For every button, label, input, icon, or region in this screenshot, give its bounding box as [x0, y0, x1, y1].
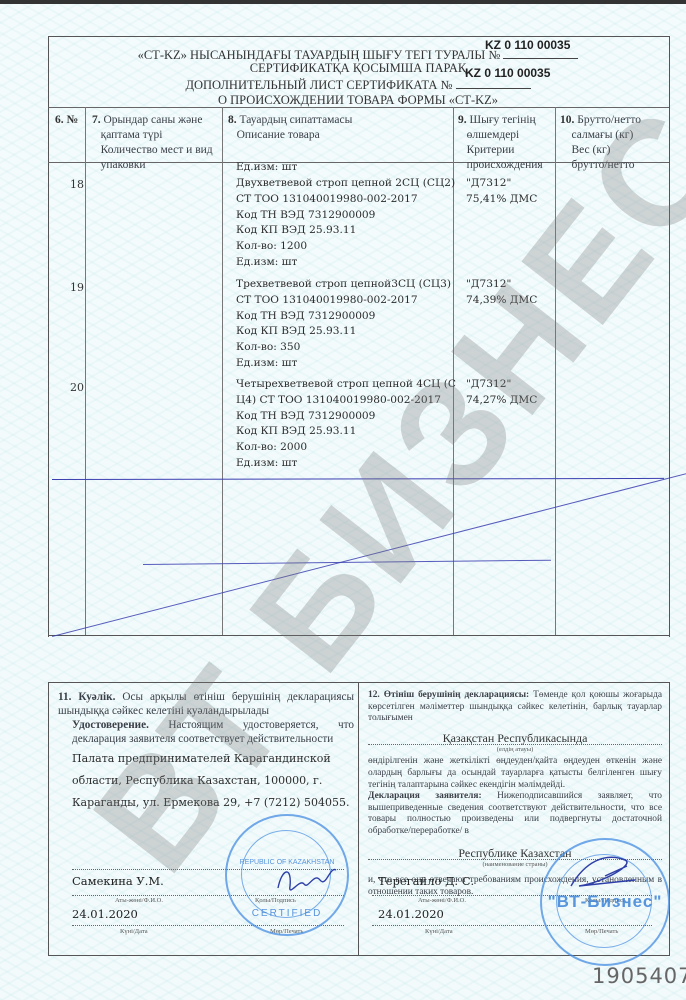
col-header-10: 10. Брутто/нетто салмағы (кг) Вес (кг) б… [560, 113, 641, 173]
col-divider-7-8 [222, 107, 223, 635]
title-kz-line2: СЕРТИФИКАТҚА ҚОСЫМША ПАРАҚ [48, 60, 668, 76]
country-kz-caption: (елдің атауы) [368, 745, 662, 754]
certifier-date: 24.01.2020 [72, 907, 138, 921]
row-criterion: "Д7312" 74,27% ДМС [466, 377, 537, 409]
applicant-name: Терегайло Д. С. [378, 874, 474, 888]
applicant-date: 24.01.2020 [378, 907, 444, 921]
certification-text: 11. Куәлік. Осы арқылы өтініш берушінің … [58, 690, 354, 746]
company-stamp-name: "ВТ-Бизнес" [542, 892, 668, 912]
header-top-rule [48, 107, 669, 108]
signature-right [565, 852, 645, 892]
label-date: Күні/Дата [425, 928, 453, 935]
certificate-number-kz: KZ 0 110 00035 [485, 38, 570, 52]
prev-row-unit: Ед.изм: шт [236, 160, 461, 176]
row-number: 20 [58, 381, 84, 394]
col-header-6: 6. № [55, 113, 78, 128]
row-description: Трехветвевой строп цепной3СЦ (СЦ3) СТ ТО… [236, 277, 461, 372]
signature-left [270, 858, 340, 906]
chamber-address: Палата предпринимателей Карагандинской о… [72, 748, 362, 814]
stamp-bottom-text: CERTIFIED [227, 908, 347, 919]
row-criterion: "Д7312" 74,39% ДМС [466, 277, 537, 309]
title-ru-line1: ДОПОЛНИТЕЛЬНЫЙ ЛИСТ СЕРТИФИКАТА № [48, 76, 668, 93]
row-description: Двухветвевой строп цепной 2СЦ (СЦ2) СТ Т… [236, 176, 461, 271]
row-number: 18 [58, 178, 84, 191]
label-date: Күні/Дата [120, 928, 148, 935]
label-name: Аты-жөні/Ф.И.О. [418, 897, 466, 904]
table-bottom-rule [48, 635, 669, 636]
scan-edge [0, 0, 686, 4]
col-divider-9-10 [555, 107, 556, 635]
col-header-8: 8. Тауардың сипаттамасы Описание товара [228, 113, 352, 143]
certificate-title: «СТ-KZ» НЫСАНЫНДАҒЫ ТАУАРДЫҢ ШЫҒУ ТЕГІ Т… [48, 36, 668, 110]
country-kz: Қазақстан Республикасында [368, 733, 662, 746]
col-header-9: 9. Шығу тегінің өлшемдері Критерии проис… [458, 113, 543, 173]
row-criterion: "Д7312" 75,41% ДМС [466, 176, 537, 208]
certificate-number-ru: KZ 0 110 00035 [465, 66, 550, 80]
col-divider-6-7 [85, 107, 86, 635]
col-header-7: 7. Орындар саны және қаптама түрі Количе… [92, 113, 213, 173]
row-number: 19 [58, 281, 84, 294]
serial-number: 1905407 [592, 964, 686, 988]
title-ru-line2: О ПРОИСХОЖДЕНИИ ТОВАРА ФОРМЫ «СТ-KZ» [48, 92, 668, 108]
label-name: Аты-жөні/Ф.И.О. [115, 897, 163, 904]
certifier-name: Самекина У.М. [72, 874, 164, 888]
row-description: Четырехветвевой строп цепной 4СЦ (С Ц4) … [236, 377, 461, 472]
